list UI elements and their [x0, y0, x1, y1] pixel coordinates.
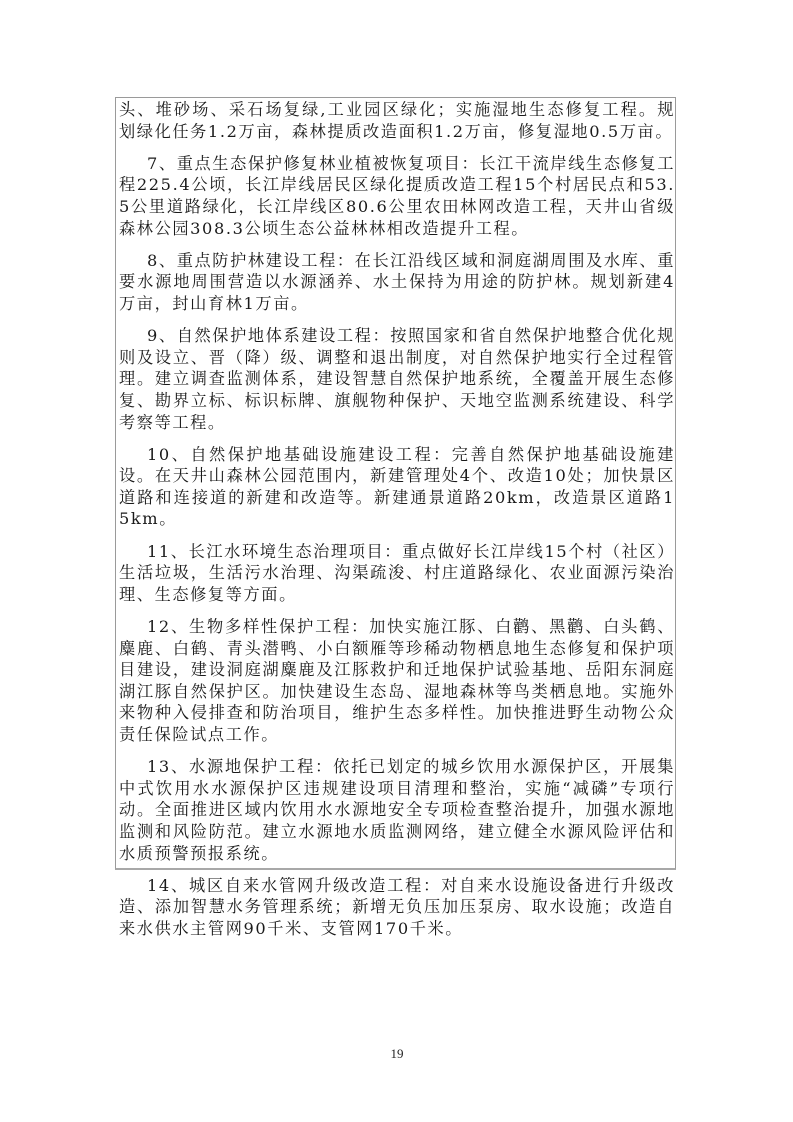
- paragraph-item-11: 11、长江水环境生态治理项目：重点做好长江岸线15个村（社区）生活垃圾，生活污水…: [119, 541, 675, 606]
- body-text: 头、堆砂场、采石场复绿,工业园区绿化；实施湿地生态修复工程。规划绿化任务1.2万…: [119, 99, 675, 950]
- table-cell-content-box: 头、堆砂场、采石场复绿,工业园区绿化；实施湿地生态修复工程。规划绿化任务1.2万…: [115, 97, 676, 870]
- paragraph-item-9: 9、自然保护地体系建设工程：按照国家和省自然保护地整合优化规则及设立、晋（降）级…: [119, 325, 675, 433]
- page-number: 19: [386, 1046, 408, 1062]
- paragraph-item-7: 7、重点生态保护修复林业植被恢复项目：长江干流岸线生态修复工程225.4公顷，长…: [119, 153, 675, 239]
- document-page: 头、堆砂场、采石场复绿,工业园区绿化；实施湿地生态修复工程。规划绿化任务1.2万…: [0, 0, 793, 1122]
- paragraph-item-10: 10、自然保护地基础设施建设工程：完善自然保护地基础设施建设。在天井山森林公园范…: [119, 444, 675, 530]
- paragraph-item-13: 13、水源地保护工程：依托已划定的城乡饮用水源保护区，开展集中式饮用水水源保护区…: [119, 756, 675, 864]
- paragraph-item-8: 8、重点防护林建设工程：在长江沿线区域和洞庭湖周围及水库、重要水源地周围营造以水…: [119, 250, 675, 315]
- paragraph-continuation: 头、堆砂场、采石场复绿,工业园区绿化；实施湿地生态修复工程。规划绿化任务1.2万…: [119, 99, 675, 142]
- paragraph-item-14: 14、城区自来水管网升级改造工程：对自来水设施设备进行升级改造、添加智慧水务管理…: [119, 875, 675, 940]
- paragraph-item-12: 12、生物多样性保护工程：加快实施江豚、白鹳、黑鹳、白头鹤、麋鹿、白鹤、青头潜鸭…: [119, 616, 675, 746]
